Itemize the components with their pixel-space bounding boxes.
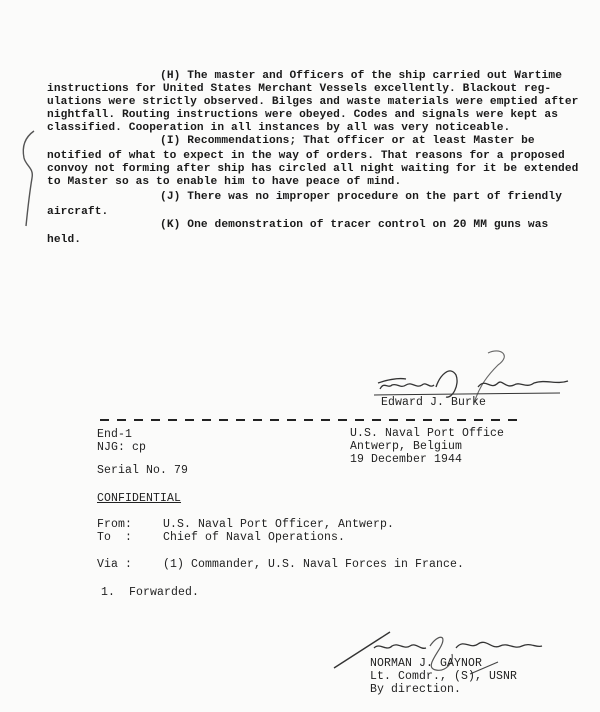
enclosure-ref: End-1 xyxy=(97,428,132,441)
para-i-line-4: to Master so as to enable him to have pe… xyxy=(47,176,401,189)
para-i-line-3: convoy not forming after ship has circle… xyxy=(47,163,578,176)
signer-rank: Lt. Comdr., (S), USNR xyxy=(370,670,517,683)
serial-number: Serial No. 79 xyxy=(97,464,188,477)
para-i-line-1: (I) Recommendations; That officer or at … xyxy=(160,135,535,148)
typed-name-gaynor: NORMAN J. GAYNOR xyxy=(370,657,482,670)
endorsement-body: 1. Forwarded. xyxy=(101,586,199,599)
para-j-line-1: (J) There was no improper procedure on t… xyxy=(160,191,562,204)
via-value: (1) Commander, U.S. Naval Forces in Fran… xyxy=(163,558,464,571)
classification-marking: CONFIDENTIAL xyxy=(97,492,181,505)
to-value: Chief of Naval Operations. xyxy=(163,531,345,544)
dashed-separator xyxy=(100,419,525,421)
para-h-line-1: (H) The master and Officers of the ship … xyxy=(160,70,562,83)
via-label: Via : xyxy=(97,558,132,571)
from-label: From: xyxy=(97,518,132,531)
para-k-line-2: held. xyxy=(47,234,81,247)
document-page: (H) The master and Officers of the ship … xyxy=(0,0,600,712)
office-location: Antwerp, Belgium xyxy=(350,440,462,453)
typed-name-burke: Edward J. Burke xyxy=(381,396,486,409)
margin-bracket-mark xyxy=(18,128,48,228)
from-value: U.S. Naval Port Officer, Antwerp. xyxy=(163,518,394,531)
para-h-line-3: ulations were strictly observed. Bilges … xyxy=(47,96,578,109)
office-name: U.S. Naval Port Office xyxy=(350,427,504,440)
para-h-line-2: instructions for United States Merchant … xyxy=(47,83,551,96)
to-label: To : xyxy=(97,531,132,544)
para-h-line-4: nightfall. Routing instructions were obe… xyxy=(47,109,558,122)
endorsement-date: 19 December 1944 xyxy=(350,453,462,466)
typist-initials: NJG: cp xyxy=(97,441,146,454)
para-h-line-5: classified. Cooperation in all instances… xyxy=(47,122,510,135)
signing-authority: By direction. xyxy=(370,683,461,696)
para-k-line-1: (K) One demonstration of tracer control … xyxy=(160,219,548,232)
para-j-line-2: aircraft. xyxy=(47,206,108,219)
para-i-line-2: notified of what to expect in the way of… xyxy=(47,150,565,163)
